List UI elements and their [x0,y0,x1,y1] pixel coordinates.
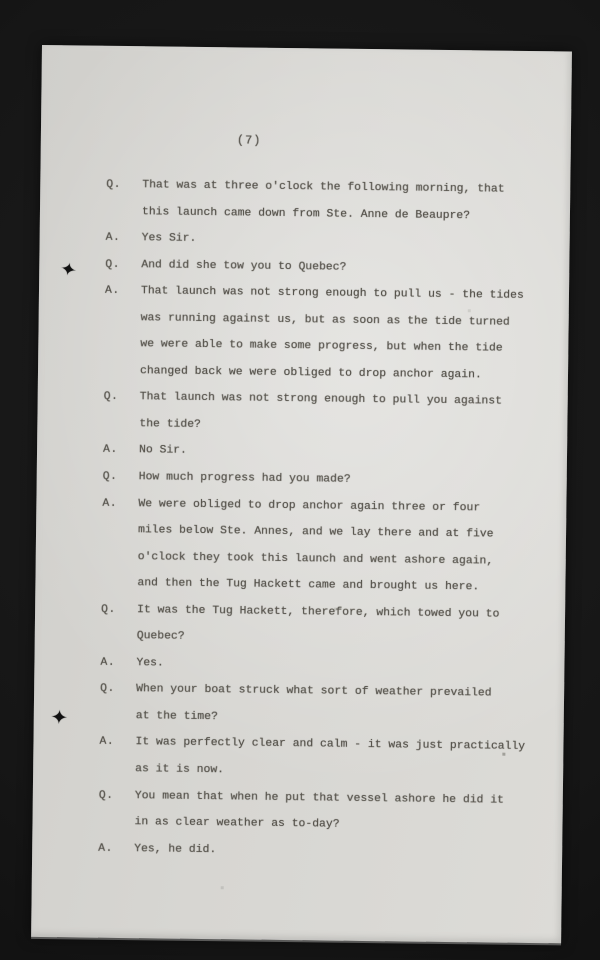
qa-line-text: at the time? [136,703,218,731]
speaker-label: A. [105,225,141,252]
speaker-label: Q. [100,676,136,703]
qa-line: A. Yes, he did. [98,835,548,867]
qa-line-text: And did she tow you to Quebec? [141,252,346,281]
qa-line-text: changed back we were obliged to drop anc… [140,358,482,389]
scan-photo-background: (7) Q. That was at three o'clock the fol… [0,0,600,960]
speaker-label: Q. [101,597,137,624]
qa-line-text: and then the Tug Hackett came and brough… [137,570,479,601]
speaker-label: A. [99,729,135,756]
speaker-label: A. [105,278,141,305]
qa-list: Q. That was at three o'clock the followi… [98,172,556,868]
speaker-label: Q. [106,172,142,199]
qa-line-text: We were obliged to drop anchor again thr… [138,491,480,522]
document-page: (7) Q. That was at three o'clock the fol… [31,45,572,943]
speaker-label: Q. [104,384,140,411]
scan-speck-noise [42,45,43,46]
speaker-label: A. [103,437,139,464]
qa-line-text: this launch came down from Ste. Anne de … [142,199,470,230]
qa-line-text: No Sir. [139,438,187,465]
qa-line-text: Yes Sir. [141,225,196,252]
margin-star-icon: ✦ [50,705,69,732]
qa-line: Quebec? [101,623,551,655]
page-number: (7) [237,133,262,147]
qa-line-text: the tide? [139,411,201,438]
speaker-label: A. [102,490,138,517]
speaker-label: A. [100,650,136,677]
qa-line-text: as it is now. [135,756,224,784]
qa-line-text: How much progress had you made? [139,464,351,493]
speaker-label: A. [98,835,134,862]
qa-line-text: It was the Tug Hackett, therefore, which… [137,597,500,628]
qa-line-text: Yes. [136,650,164,677]
qa-line-text: Quebec? [137,623,185,650]
speaker-label: Q. [103,464,139,491]
speaker-label: Q. [105,251,141,278]
qa-line-text: in as clear weather as to-day? [134,809,339,838]
speaker-label: Q. [99,782,135,809]
qa-line-text: Yes, he did. [134,836,216,864]
